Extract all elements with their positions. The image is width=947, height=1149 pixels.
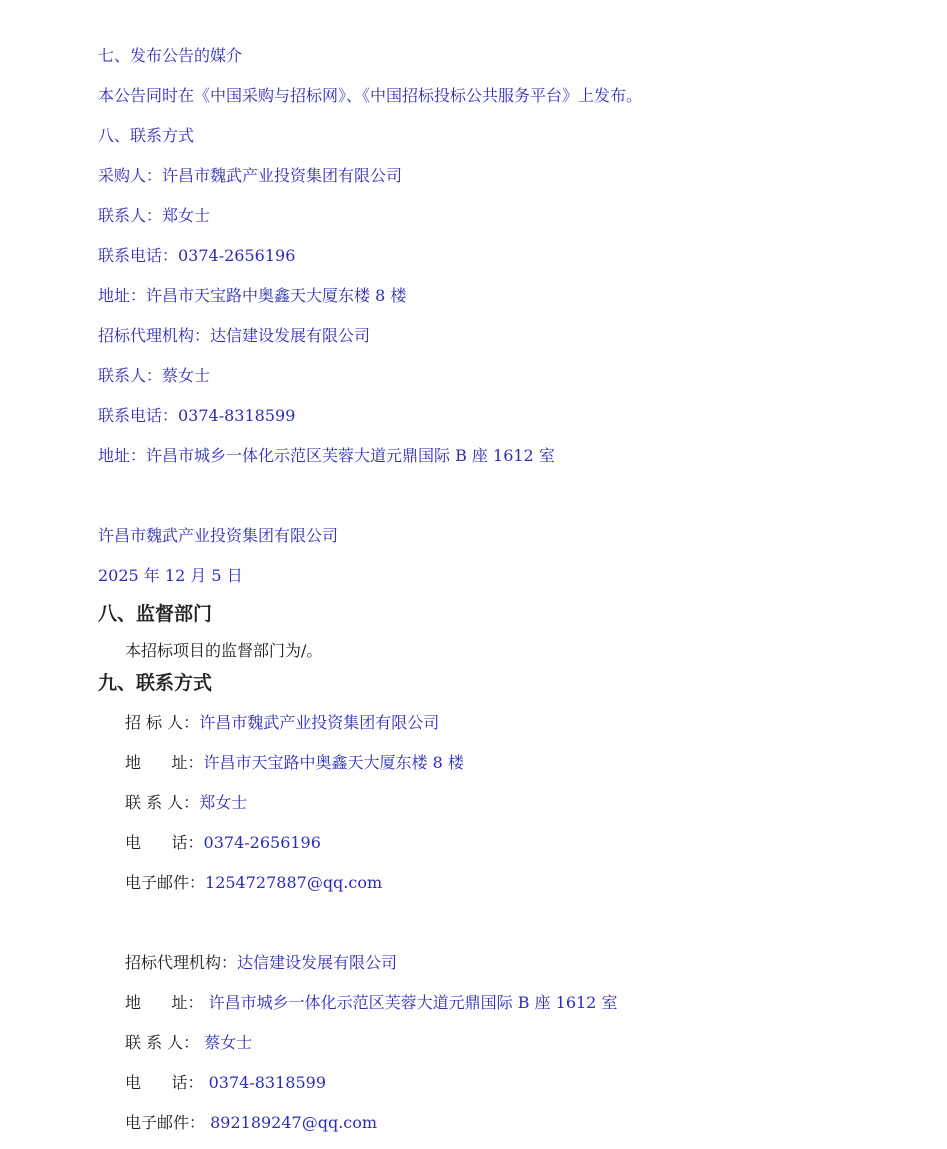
section-9-title: 九、联系方式 (98, 673, 212, 693)
tenderer-row-contact: 联 系 人：郑女士 (125, 793, 247, 813)
field-value: 达信建设发展有限公司 (237, 953, 397, 972)
supervision-body: 本招标项目的监督部门为/。 (125, 641, 322, 661)
field-label: 地 址： (125, 993, 204, 1013)
field-value: 0374-8318599 (204, 1073, 326, 1092)
tenderer-row-email: 电子邮件：1254727887@qq.com (125, 873, 382, 893)
signature-date: 2025 年 12 月 5 日 (98, 566, 243, 586)
field-label: 电 话： (125, 833, 204, 853)
purchaser-address: 地址：许昌市天宝路中奥鑫天大厦东楼 8 楼 (98, 286, 406, 306)
field-value: 892189247@qq.com (205, 1113, 377, 1132)
section-7-body: 本公告同时在《中国采购与招标网》、《中国招标投标公共服务平台》上发布。 (98, 86, 642, 106)
agency-address: 地址：许昌市城乡一体化示范区芙蓉大道元鼎国际 B 座 1612 室 (98, 446, 555, 466)
tenderer-row-name: 招 标 人：许昌市魏武产业投资集团有限公司 (125, 713, 439, 733)
purchaser-contact: 联系人：郑女士 (98, 206, 210, 226)
field-value: 0374-2656196 (204, 833, 321, 852)
field-label: 地 址： (125, 753, 204, 773)
field-label: 电 话： (125, 1073, 204, 1093)
contact-section-title: 八、联系方式 (98, 126, 194, 146)
agency-row-name: 招标代理机构：达信建设发展有限公司 (125, 953, 397, 973)
tenderer-row-address: 地 址：许昌市天宝路中奥鑫天大厦东楼 8 楼 (125, 753, 464, 773)
field-value: 许昌市天宝路中奥鑫天大厦东楼 8 楼 (204, 753, 464, 772)
field-value: 1254727887@qq.com (205, 873, 382, 892)
tenderer-row-phone: 电 话：0374-2656196 (125, 833, 321, 853)
purchaser: 采购人：许昌市魏武产业投资集团有限公司 (98, 166, 402, 186)
supervision-title: 八、监督部门 (98, 604, 212, 624)
field-label: 电子邮件： (125, 1113, 205, 1133)
field-value: 许昌市魏武产业投资集团有限公司 (199, 713, 439, 732)
field-value: 许昌市城乡一体化示范区芙蓉大道元鼎国际 B 座 1612 室 (204, 993, 618, 1012)
agency-row-email: 电子邮件： 892189247@qq.com (125, 1113, 377, 1133)
section-7-title: 七、发布公告的媒介 (98, 46, 242, 66)
agency-contact: 联系人：蔡女士 (98, 366, 210, 386)
field-value: 郑女士 (199, 793, 247, 812)
agency-row-address: 地 址： 许昌市城乡一体化示范区芙蓉大道元鼎国际 B 座 1612 室 (125, 993, 617, 1013)
signature-company: 许昌市魏武产业投资集团有限公司 (98, 526, 338, 546)
agency-row-contact: 联 系 人： 蔡女士 (125, 1033, 252, 1053)
field-label: 招 标 人： (125, 713, 199, 733)
agency-row-phone: 电 话： 0374-8318599 (125, 1073, 326, 1093)
field-label: 电子邮件： (125, 873, 205, 893)
field-label: 联 系 人： (125, 793, 199, 813)
agency-phone: 联系电话：0374-8318599 (98, 406, 295, 426)
field-label: 招标代理机构： (125, 953, 237, 973)
agency: 招标代理机构：达信建设发展有限公司 (98, 326, 370, 346)
field-value: 蔡女士 (199, 1033, 252, 1052)
purchaser-phone: 联系电话：0374-2656196 (98, 246, 295, 266)
field-label: 联 系 人： (125, 1033, 199, 1053)
